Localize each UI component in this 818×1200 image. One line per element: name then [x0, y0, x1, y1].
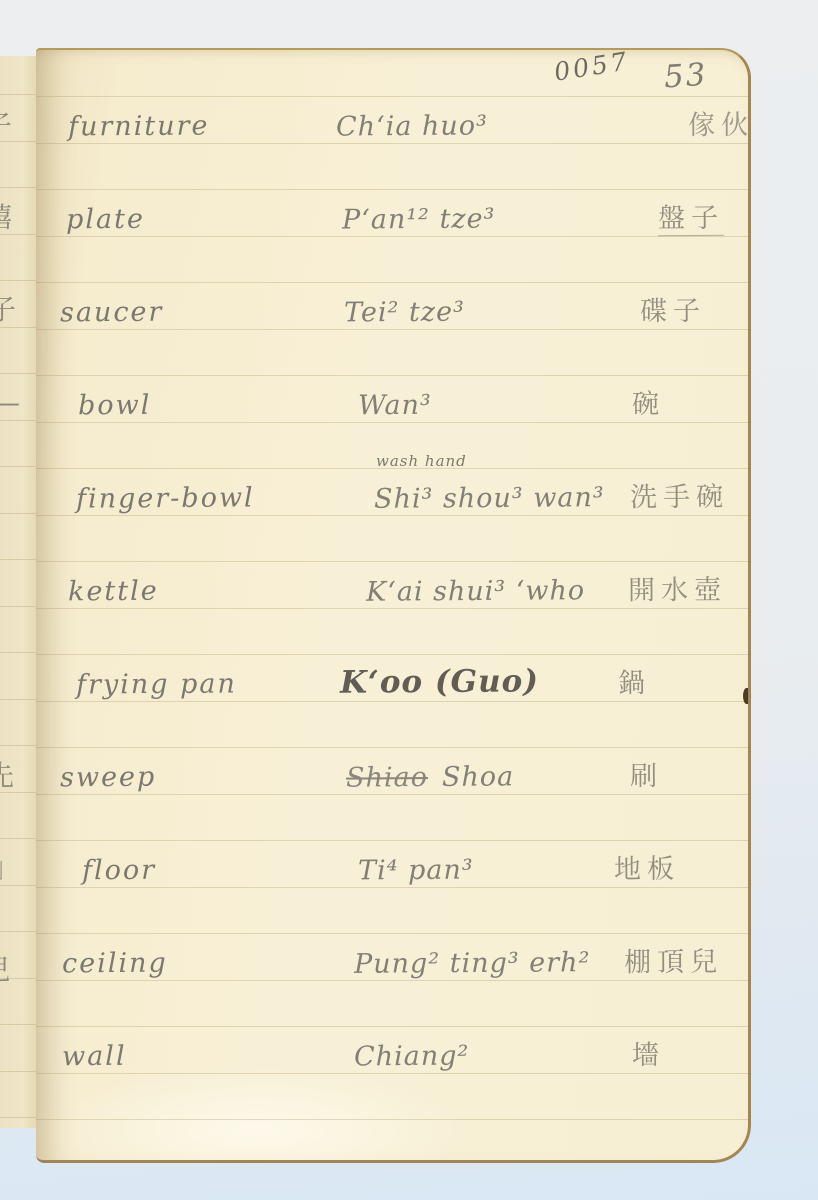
ruled-line: [36, 701, 748, 702]
ruled-line: [36, 1026, 748, 1027]
ruled-line: [36, 840, 748, 841]
ruled-line: [36, 189, 748, 190]
ruled-line: [36, 654, 748, 655]
ruled-line: [0, 1071, 38, 1072]
ruled-line: [0, 559, 38, 560]
chinese-characters: 開水壺: [628, 569, 727, 608]
ruled-line: [36, 747, 748, 748]
chinese-characters: 刷: [630, 755, 663, 793]
english-word: frying pan: [76, 657, 237, 700]
ruled-line: [36, 143, 748, 144]
romanization-text: Ti⁴ pan³: [358, 855, 474, 887]
romanization-text: Wan³: [358, 390, 432, 422]
romanization: ShiaoShoa: [346, 750, 514, 793]
english-word: furniture: [68, 100, 210, 143]
ruled-line: [0, 745, 38, 746]
romanization: Chʻia huo³: [336, 99, 488, 142]
ruled-line: [0, 606, 38, 607]
ruled-line: [36, 236, 748, 237]
chinese-characters: 碟子: [640, 290, 706, 328]
romanization-text: Tei² tze³: [344, 297, 465, 329]
romanization: Tei² tze³: [344, 286, 465, 329]
chinese-characters: 墻: [632, 1034, 665, 1072]
romanization: Kʻai shui³ ʻwho: [366, 564, 585, 608]
ruled-line: [0, 838, 38, 839]
notebook-scan: 子禧子—先」兒 0057 53 furnitureChʻia huo³傢伙pla…: [0, 0, 818, 1200]
english-word: bowl: [78, 379, 152, 422]
partial-character-fragment: 兒: [0, 948, 10, 988]
chinese-characters: 棚頂兒: [624, 941, 723, 980]
english-word: kettle: [68, 565, 159, 608]
romanization: Kʻoo (Guo): [340, 657, 539, 700]
ruled-line: [0, 1117, 38, 1118]
ruled-line: [36, 1119, 748, 1120]
ruled-line: [0, 187, 38, 188]
english-word: finger-bowl: [76, 471, 255, 514]
romanization: Ti⁴ pan³: [358, 844, 474, 887]
notebook-page: 0057 53 furnitureChʻia huo³傢伙platePʻan¹²…: [36, 48, 751, 1163]
partial-character-fragment: 子: [0, 104, 12, 144]
ruled-line: [36, 422, 748, 423]
romanization-text: Pʻan¹² tze³: [342, 203, 496, 235]
romanization-text: Chiang²: [354, 1041, 469, 1073]
ruled-line: [0, 466, 38, 467]
english-word: floor: [82, 844, 156, 887]
romanization: Pung² ting³ erh²: [354, 936, 591, 980]
english-word: plate: [66, 193, 145, 236]
romanization-text: Kʻai shui³ ʻwho: [366, 575, 585, 608]
ruled-line: [36, 933, 748, 934]
ruled-line: [0, 1024, 38, 1025]
gloss-annotation: wash hand: [376, 452, 467, 470]
ruled-line: [36, 1073, 748, 1074]
ruled-line: [36, 329, 748, 330]
romanization-text: Chʻia huo³: [336, 110, 488, 142]
partial-character-fragment: 子: [0, 288, 16, 328]
ruled-line: [0, 652, 38, 653]
partial-character-fragment: 禧: [0, 196, 12, 236]
chinese-characters: 傢伙: [688, 104, 751, 142]
english-word: sweep: [60, 751, 157, 794]
romanization-text: Pung² ting³ erh²: [354, 947, 591, 980]
partial-character-fragment: 」: [0, 846, 20, 886]
english-word: wall: [62, 1030, 127, 1072]
chinese-characters: 鍋: [618, 662, 651, 700]
romanization-struck: Shiao: [346, 762, 428, 794]
romanization: Chiang²: [354, 1030, 470, 1073]
chinese-characters: 洗手碗: [630, 476, 729, 515]
ruled-line: [0, 513, 38, 514]
page-edge-mark: [743, 688, 750, 704]
ruled-line: [0, 420, 38, 421]
partial-character-fragment: —: [0, 386, 20, 419]
romanization-text: Shoa: [442, 761, 514, 793]
ruled-line: [36, 887, 748, 888]
ruled-line: [36, 608, 748, 609]
ruled-line: [36, 794, 748, 795]
stamp-number: 0057: [552, 48, 631, 87]
ruled-line: [36, 375, 748, 376]
ruled-line: [36, 561, 748, 562]
chinese-characters: 地板: [614, 848, 680, 886]
ruled-line: [0, 931, 38, 932]
ruled-line: [36, 980, 748, 981]
romanization-text: Kʻoo (Guo): [340, 663, 539, 700]
romanization: Shi³ shou³ wan³: [374, 471, 605, 515]
partial-character-fragment: 先: [0, 754, 14, 794]
romanization-text: Shi³ shou³ wan³: [374, 482, 605, 515]
ruled-line: [36, 282, 748, 283]
chinese-characters: 盤子: [658, 197, 724, 236]
ruled-line: [36, 96, 748, 97]
ruled-line: [0, 699, 38, 700]
ruled-line: [0, 280, 38, 281]
english-word: saucer: [60, 286, 164, 329]
english-word: ceiling: [62, 937, 168, 980]
romanization: Pʻan¹² tze³: [342, 192, 496, 235]
ruled-line: [0, 94, 38, 95]
ruled-line: [0, 373, 38, 374]
previous-page-edge: 子禧子—先」兒: [0, 56, 41, 1128]
romanization: Wan³: [358, 379, 432, 422]
chinese-characters: 碗: [632, 383, 665, 421]
page-number: 53: [663, 57, 709, 96]
